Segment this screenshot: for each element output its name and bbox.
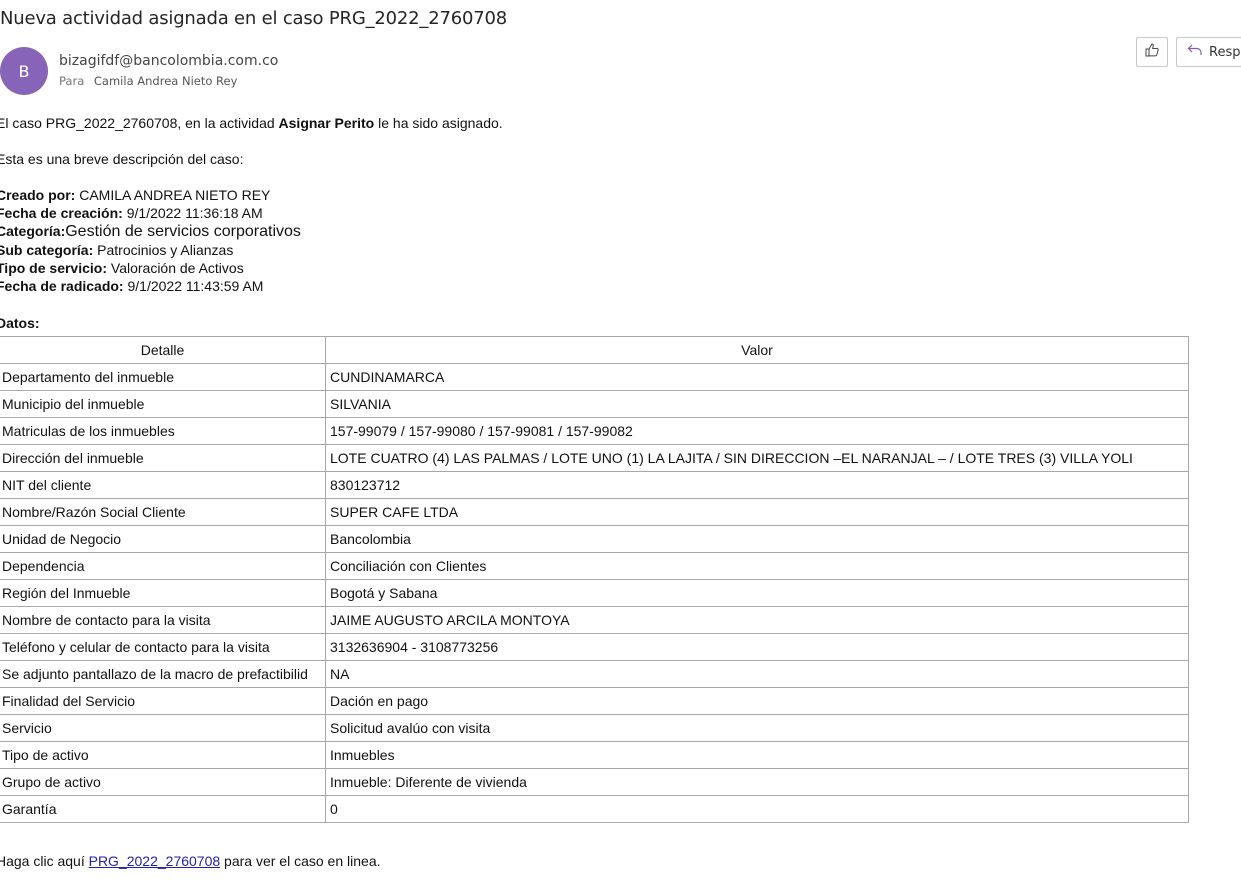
meta-line: Categoría:Gestión de servicios corporati… [0, 222, 301, 241]
detalle-cell: Matriculas de los inmuebles [0, 418, 326, 445]
table-row: Nombre/Razón Social ClienteSUPER CAFE LT… [0, 499, 1189, 526]
meta-label: Creado por: [0, 187, 75, 203]
table-header-row: Detalle Valor [0, 337, 1189, 364]
table-row: Grupo de activoInmueble: Diferente de vi… [0, 769, 1189, 796]
valor-cell: SILVANIA [326, 391, 1189, 418]
table-row: Se adjunto pantallazo de la macro de pre… [0, 661, 1189, 688]
meta-value: Gestión de servicios corporativos [65, 223, 301, 240]
table-row: Teléfono y celular de contacto para la v… [0, 634, 1189, 661]
detalle-cell: Se adjunto pantallazo de la macro de pre… [0, 661, 326, 688]
reply-button[interactable]: Respo [1176, 37, 1241, 67]
table-row: Finalidad del ServicioDación en pago [0, 688, 1189, 715]
sender-address[interactable]: bizagifdf@bancolombia.com.co [59, 53, 278, 69]
avatar: B [0, 47, 48, 95]
meta-line: Sub categoría: Patrocinios y Alianzas [0, 241, 301, 259]
valor-cell: Conciliación con Clientes [326, 553, 1189, 580]
footer-message: Haga clic aquí PRG_2022_2760708 para ver… [0, 852, 381, 870]
table-row: DependenciaConciliación con Clientes [0, 553, 1189, 580]
meta-label: Fecha de radicado: [0, 278, 124, 294]
valor-cell: Dación en pago [326, 688, 1189, 715]
like-button[interactable] [1136, 37, 1168, 67]
detalle-cell: NIT del cliente [0, 472, 326, 499]
valor-cell: 157-99079 / 157-99080 / 157-99081 / 157-… [326, 418, 1189, 445]
case-metadata: Creado por: CAMILA ANDREA NIETO REYFecha… [0, 186, 301, 295]
table-row: Municipio del inmuebleSILVANIA [0, 391, 1189, 418]
case-link[interactable]: PRG_2022_2760708 [89, 853, 221, 869]
valor-cell: LOTE CUATRO (4) LAS PALMAS / LOTE UNO (1… [326, 445, 1189, 472]
meta-label: Sub categoría: [0, 242, 93, 258]
meta-line: Fecha de radicado: 9/1/2022 11:43:59 AM [0, 277, 301, 295]
table-row: Nombre de contacto para la visitaJAIME A… [0, 607, 1189, 634]
table-row: Unidad de NegocioBancolombia [0, 526, 1189, 553]
detalle-cell: Servicio [0, 715, 326, 742]
table-row: NIT del cliente830123712 [0, 472, 1189, 499]
detalle-cell: Nombre/Razón Social Cliente [0, 499, 326, 526]
assignment-message: El caso PRG_2022_2760708, en la activida… [0, 114, 503, 132]
detalle-cell: Departamento del inmueble [0, 364, 326, 391]
valor-cell: 3132636904 - 3108773256 [326, 634, 1189, 661]
meta-value: 9/1/2022 11:43:59 AM [124, 278, 264, 294]
description-intro: Esta es una breve descripción del caso: [0, 150, 243, 168]
recipient-name[interactable]: Camila Andrea Nieto Rey [94, 74, 238, 88]
meta-line: Tipo de servicio: Valoración de Activos [0, 259, 301, 277]
valor-cell: 0 [326, 796, 1189, 823]
valor-cell: CUNDINAMARCA [326, 364, 1189, 391]
table-row: Dirección del inmuebleLOTE CUATRO (4) LA… [0, 445, 1189, 472]
valor-cell: JAIME AUGUSTO ARCILA MONTOYA [326, 607, 1189, 634]
datos-label: Datos: [0, 314, 40, 332]
meta-label: Categoría: [0, 223, 65, 239]
meta-value: CAMILA ANDREA NIETO REY [75, 187, 270, 203]
detalle-cell: Tipo de activo [0, 742, 326, 769]
table-row: Tipo de activoInmuebles [0, 742, 1189, 769]
detalle-cell: Dirección del inmueble [0, 445, 326, 472]
detalle-cell: Región del Inmueble [0, 580, 326, 607]
meta-line: Fecha de creación: 9/1/2022 11:36:18 AM [0, 204, 301, 222]
detalle-cell: Unidad de Negocio [0, 526, 326, 553]
thumbs-up-icon [1144, 42, 1160, 63]
header-valor: Valor [326, 337, 1189, 364]
valor-cell: Bancolombia [326, 526, 1189, 553]
datos-table: Detalle Valor Departamento del inmuebleC… [0, 336, 1189, 823]
detalle-cell: Finalidad del Servicio [0, 688, 326, 715]
table-row: Región del InmuebleBogotá y Sabana [0, 580, 1189, 607]
recipient-line: Para Camila Andrea Nieto Rey [59, 74, 237, 88]
table-row: Garantía0 [0, 796, 1189, 823]
meta-value: Patrocinios y Alianzas [93, 242, 233, 258]
valor-cell: Inmuebles [326, 742, 1189, 769]
detalle-cell: Teléfono y celular de contacto para la v… [0, 634, 326, 661]
table-row: Departamento del inmuebleCUNDINAMARCA [0, 364, 1189, 391]
reply-label: Respo [1209, 45, 1241, 60]
table-row: ServicioSolicitud avalúo con visita [0, 715, 1189, 742]
detalle-cell: Dependencia [0, 553, 326, 580]
meta-label: Fecha de creación: [0, 205, 123, 221]
meta-label: Tipo de servicio: [0, 260, 107, 276]
valor-cell: 830123712 [326, 472, 1189, 499]
detalle-cell: Municipio del inmueble [0, 391, 326, 418]
reply-arrow-icon [1187, 43, 1209, 61]
detalle-cell: Nombre de contacto para la visita [0, 607, 326, 634]
detalle-cell: Garantía [0, 796, 326, 823]
to-label: Para [59, 74, 84, 88]
detalle-cell: Grupo de activo [0, 769, 326, 796]
valor-cell: SUPER CAFE LTDA [326, 499, 1189, 526]
table-row: Matriculas de los inmuebles157-99079 / 1… [0, 418, 1189, 445]
header-detalle: Detalle [0, 337, 326, 364]
email-subject: Nueva actividad asignada en el caso PRG_… [0, 8, 507, 29]
valor-cell: Solicitud avalúo con visita [326, 715, 1189, 742]
activity-name: Asignar Perito [279, 115, 375, 131]
meta-value: 9/1/2022 11:36:18 AM [123, 205, 263, 221]
valor-cell: Inmueble: Diferente de vivienda [326, 769, 1189, 796]
meta-value: Valoración de Activos [107, 260, 244, 276]
valor-cell: NA [326, 661, 1189, 688]
valor-cell: Bogotá y Sabana [326, 580, 1189, 607]
meta-line: Creado por: CAMILA ANDREA NIETO REY [0, 186, 301, 204]
